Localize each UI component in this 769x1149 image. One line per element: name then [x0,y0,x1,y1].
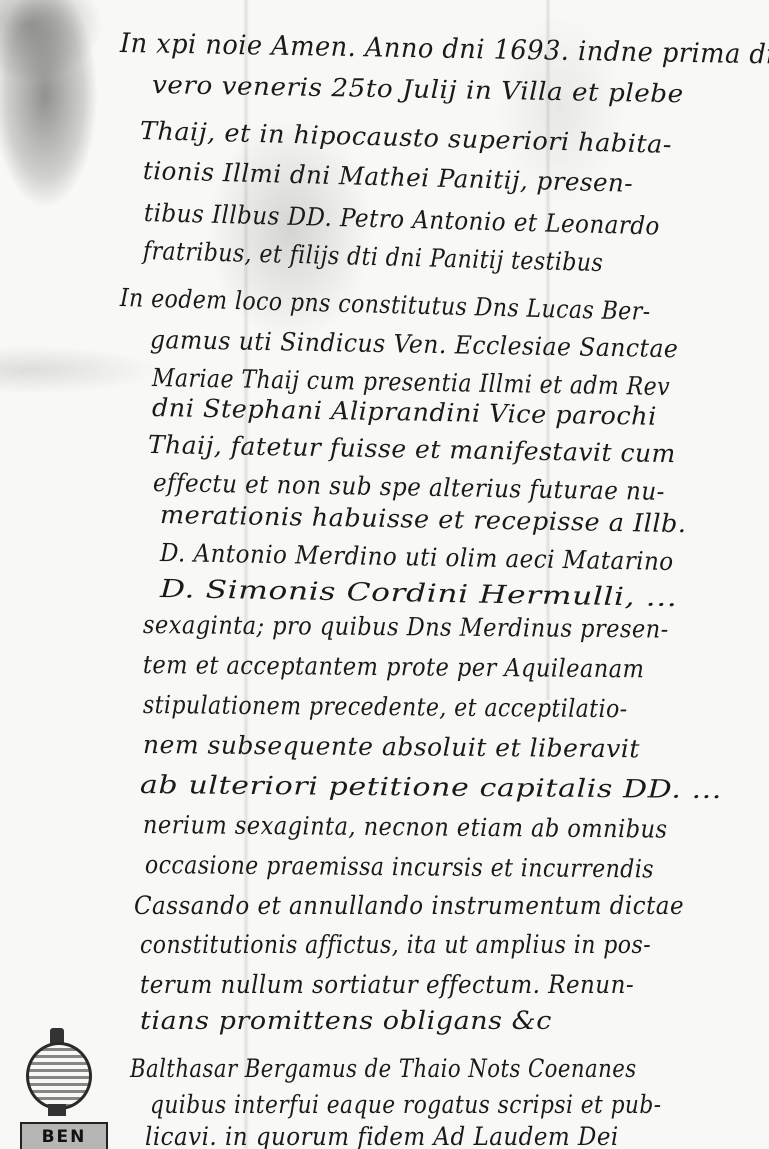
text-line: dni Stephani Aliprandini Vice parochi [152,395,657,429]
signature-line: Balthasar Bergamus de Thaio Nots Coenane… [130,1056,637,1081]
text-line: tionis Illmi dni Mathei Panitij, presen- [143,158,634,196]
text-line: Cassando et annullando instrumentum dict… [134,893,684,918]
text-line: ab ulteriori petitione capitalis DD. ... [140,772,722,802]
text-line: stipulationem precedente, et acceptilati… [143,692,628,721]
text-line: vero veneris 25to Julij in Villa et pleb… [152,72,684,106]
text-line: In eodem loco pns constitutus Dns Lucas … [120,285,651,324]
text-line: tians promittens obligans &c [140,1008,552,1033]
text-line: gamus uti Sindicus Ven. Ecclesiae Sancta… [150,327,679,361]
text-line: constitutionis affictus, ita ut amplius … [140,932,651,957]
text-line: effectu et non sub spe alterius futurae … [153,470,665,504]
library-stamp: BEN [14,1022,104,1149]
text-line: tibus Illbus DD. Petro Antonio et Leonar… [144,200,660,238]
text-line: nerium sexaginta, necnon etiam ab omnibu… [143,812,668,842]
text-line: nem subsequente absoluit et liberavit [143,732,640,761]
text-line: terum nullum sortiatur effectum. Renun- [140,972,634,997]
text-line: merationis habuisse et recepisse a Illb. [160,502,687,536]
manuscript-page: In xpi noie Amen. Anno dni 1693. indne p… [0,0,769,1149]
text-line: sexaginta; pro quibus Dns Merdinus prese… [143,612,669,642]
text-line: fratribus, et filijs dti dni Panitij tes… [143,238,604,275]
text-line: occasione praemissa incursis et incurren… [145,852,654,881]
signature-line: quibus interfui eaque rogatus scripsi et… [150,1092,662,1117]
text-line: Thaij, et in hipocausto superiori habita… [140,118,673,157]
manuscript-text: In xpi noie Amen. Anno dni 1693. indne p… [0,0,769,1149]
text-line: Thaij, fatetur fuisse et manifestavit cu… [148,432,676,466]
stamp-stem [48,1104,66,1116]
stamp-label: BEN [20,1122,108,1149]
globe-icon [26,1042,92,1110]
signature-line: licavi. in quorum fidem Ad Laudem Dei [145,1124,619,1149]
text-line: D. Simonis Cordini Hermulli, ... [160,576,678,610]
text-line: D. Antonio Merdino uti olim aeci Matarin… [160,540,674,574]
text-line: tem et acceptantem prote per Aquileanam [143,652,645,681]
text-line: In xpi noie Amen. Anno dni 1693. indne p… [120,30,769,69]
